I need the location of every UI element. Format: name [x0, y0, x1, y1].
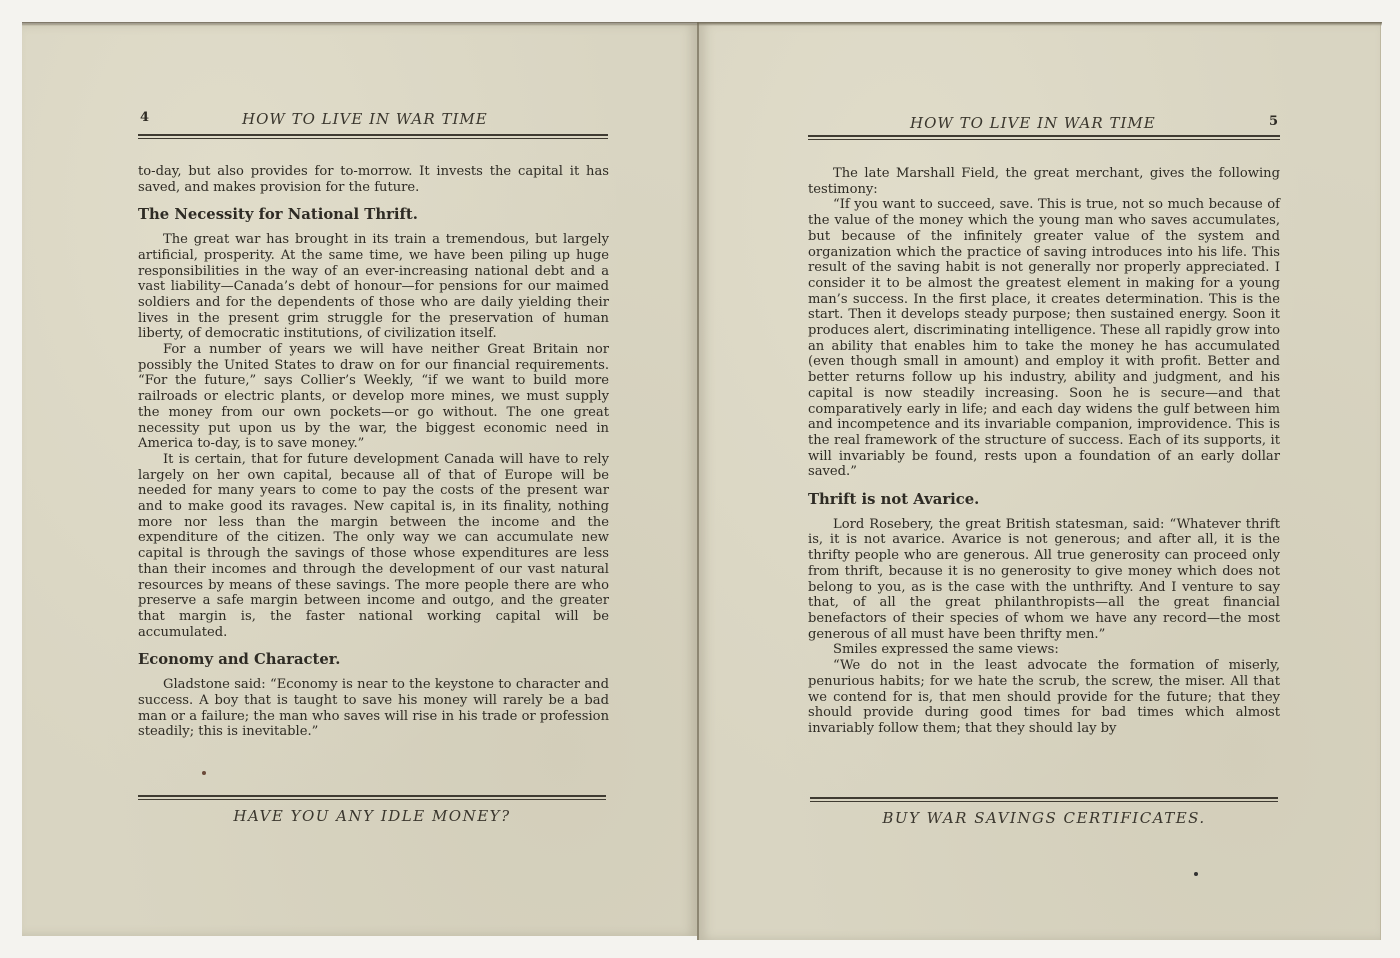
footer-rule [810, 797, 1278, 802]
footer-rule [138, 795, 606, 800]
section-heading: Economy and Character. [138, 652, 609, 668]
left-page-header: 4 HOW TO LIVE IN WAR TIME [138, 106, 608, 130]
paragraph: “We do not in the least advocate the for… [808, 658, 1280, 737]
section-heading: Thrift is not Avarice. [808, 492, 1280, 508]
paper-speck [202, 771, 206, 775]
footer-slogan: BUY WAR SAVINGS CERTIFICATES. [810, 809, 1278, 827]
header-rule [138, 134, 608, 139]
right-page-body: The late Marshall Field, the great merch… [808, 166, 1280, 737]
paper-speck [1194, 872, 1198, 876]
section-heading: The Necessity for National Thrift. [138, 207, 609, 223]
paragraph: Gladstone said: “Economy is near to the … [138, 677, 609, 740]
running-title: HOW TO LIVE IN WAR TIME [910, 114, 1156, 132]
book-spine [697, 22, 699, 940]
paragraph: to-day, but also provides for to-morrow.… [138, 164, 609, 195]
paragraph: The late Marshall Field, the great merch… [808, 166, 1280, 197]
running-title: HOW TO LIVE IN WAR TIME [242, 110, 488, 128]
right-page-header: HOW TO LIVE IN WAR TIME 5 [808, 110, 1280, 134]
paragraph: For a number of years we will have neith… [138, 342, 609, 452]
footer-slogan: HAVE YOU ANY IDLE MONEY? [138, 807, 606, 825]
paragraph: Lord Rosebery, the great British statesm… [808, 517, 1280, 643]
page-number: 4 [140, 110, 149, 125]
header-rule [808, 135, 1280, 140]
page-number: 5 [1269, 114, 1278, 129]
page-top-edge [22, 22, 1382, 26]
paragraph: Smiles expressed the same views: [808, 642, 1280, 658]
paragraph: It is certain, that for future developme… [138, 452, 609, 640]
paragraph: The great war has brought in its train a… [138, 232, 609, 342]
left-page-body: to-day, but also provides for to-morrow.… [138, 164, 609, 740]
paragraph: “If you want to succeed, save. This is t… [808, 197, 1280, 480]
